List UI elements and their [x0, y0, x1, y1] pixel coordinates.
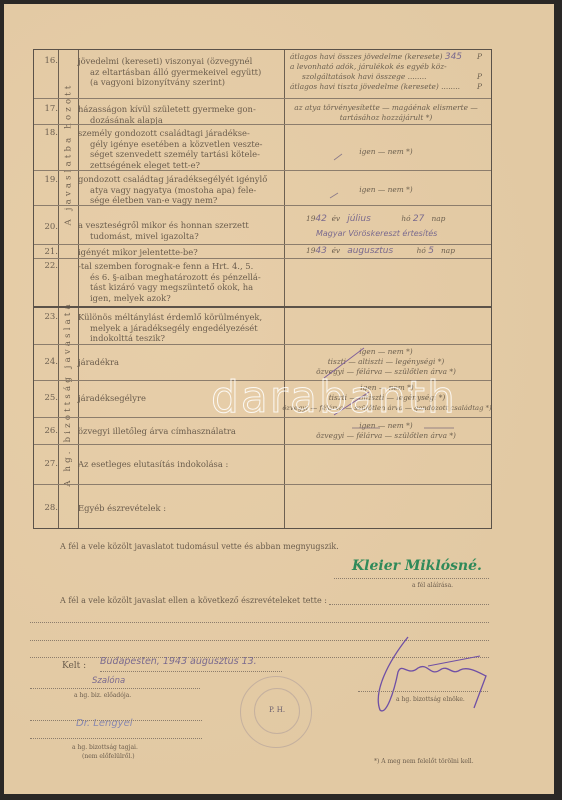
answer-21-date: 1943 év augusztus hó 5 nap: [306, 246, 506, 256]
members-label: a hg. bizottság tagjai.: [72, 744, 138, 751]
question-27: Az esetleges elutasítás indokolása :: [78, 459, 284, 470]
question-16: jövedelmi (kereseti) viszonyai (özvegyné…: [78, 56, 284, 88]
form-row-28: 28. Egyéb észrevételek :: [34, 484, 491, 529]
question-17: házasságon kívül született gyermeke gon-…: [78, 104, 284, 125]
question-26: özvegyi illetőleg árva címhasználatra: [78, 426, 284, 437]
form-row-18: 18. személy gondozott családtagi járadék…: [34, 124, 491, 171]
question-21: igényét mikor jelentette-be?: [78, 247, 284, 258]
question-23: Különös méltánylást érdemlő körülmények,…: [78, 312, 284, 344]
stamp-text: P. H.: [269, 706, 285, 714]
answer-17: az atya törvényesítette — magáénak elism…: [286, 103, 486, 123]
chair-line: [358, 691, 488, 692]
document-page: A javaslatba hozott A hg. bizottság java…: [4, 4, 554, 794]
form-row-21: 21. igényét mikor jelentette-be? 1943 év…: [34, 244, 491, 259]
form-row-16: 16. jövedelmi (kereseti) viszonyai (özve…: [34, 50, 491, 98]
party-signature: Kleier Miklósné.: [352, 558, 482, 574]
answer-16: átlagos havi összes jövedelme (keresete)…: [290, 52, 482, 92]
form-row-27: 27. Az esetleges elutasítás indokolása :: [34, 444, 491, 485]
party-signature-line: [334, 578, 489, 579]
chair-signature-scribble: [368, 632, 508, 717]
form-table: A javaslatba hozott A hg. bizottság java…: [33, 49, 492, 529]
objection-line-2[interactable]: [30, 622, 489, 623]
question-24: járadékra: [78, 357, 284, 368]
objection-text: A fél a vele közölt javaslat ellen a köv…: [60, 596, 327, 605]
footnote: *) A meg nem felelőt törölni kell.: [374, 758, 474, 765]
party-signature-label: a fél aláírása.: [412, 582, 453, 589]
answer-20-date: 1942 év július hó 27 nap: [306, 214, 506, 224]
income-value: 345: [445, 52, 462, 62]
members-line-1: [30, 720, 202, 721]
answer-26: igen — nem *) özvegyi — félárva — szülőt…: [286, 421, 486, 441]
answer-20-source: Magyar Vöröskereszt értesítés: [316, 229, 516, 239]
question-18: személy gondozott családtagi járadékse- …: [78, 128, 284, 170]
form-row-23: 23. Különös méltánylást érdemlő körülmén…: [34, 306, 491, 346]
question-20: a veszteségről mikor és honnan szerzett …: [78, 220, 284, 241]
answer-19: igen — nem *): [286, 185, 486, 195]
form-row-19: 19. gondozott családtag járadéksegélyét …: [34, 170, 491, 206]
kelt-value: Budapesten, 1943 augusztus 13.: [100, 656, 257, 667]
rapporteur-line: [30, 688, 200, 689]
form-row-20: 20. a veszteségről mikor és honnan szerz…: [34, 205, 491, 245]
members-line-2: [30, 738, 202, 739]
form-row-17: 17. házasságon kívül született gyermeke …: [34, 98, 491, 125]
kelt-label: Kelt :: [62, 661, 86, 671]
acceptance-text: A fél a vele közölt javaslatot tudomásul…: [60, 542, 339, 551]
kelt-line: [100, 671, 282, 672]
objection-line-1[interactable]: [329, 604, 489, 605]
form-row-22: 22. -tal szemben forognak-e fenn a Hrt. …: [34, 258, 491, 307]
members-note: (nem előfelülről.): [82, 753, 135, 760]
answer-18: igen — nem *): [286, 147, 486, 157]
question-28: Egyéb észrevételek :: [78, 503, 284, 514]
question-19: gondozott családtag járadéksegélyét igén…: [78, 174, 284, 206]
question-22: -tal szemben forognak-e fenn a Hrt. 4., …: [78, 261, 284, 303]
rapporteur-label: a hg. biz. előadója.: [74, 692, 131, 699]
watermark: darabanth: [211, 372, 457, 423]
chair-label: a hg. bizottság elnöke.: [396, 696, 465, 703]
rapporteur-signature: Szalóna: [92, 676, 125, 686]
